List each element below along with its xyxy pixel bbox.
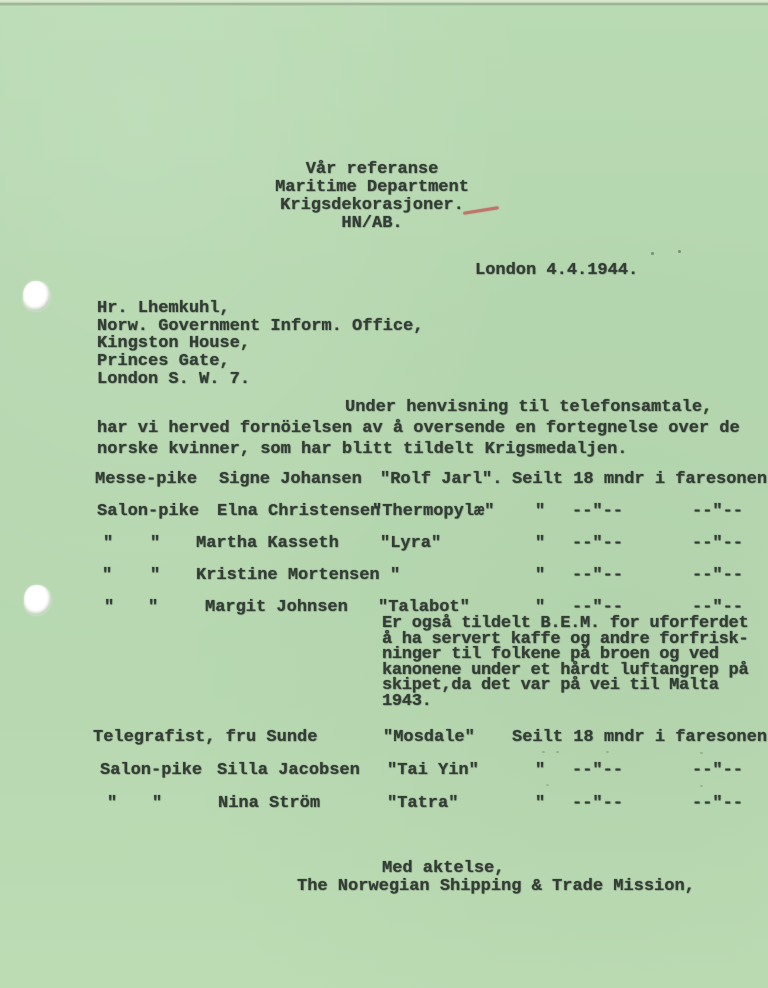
repeat-mark: --"--: [692, 535, 743, 552]
ship-cell: "Tatra": [387, 795, 458, 812]
reference-line: Vår referanse: [210, 161, 534, 179]
ink-speck: [678, 250, 681, 253]
reference-line: Maritime Department: [210, 179, 534, 197]
role-cell: Salon-pike: [97, 503, 199, 520]
name-cell: Martha Kasseth: [196, 535, 339, 552]
hole-punch-top: [23, 281, 50, 311]
ditto-mark: ": [102, 567, 112, 584]
repeat-mark: --"--: [692, 762, 743, 779]
role-cell: Salon-pike: [100, 762, 202, 779]
ditto-mark: ": [535, 762, 545, 779]
bem-note: Er også tildelt B.E.M. for uforferdet å …: [382, 616, 748, 710]
closing-salutation: Med aktelse,: [382, 860, 504, 877]
ditto-mark: ": [103, 535, 113, 552]
document-page: Vår referanse Maritime Department Krigsd…: [0, 0, 768, 988]
address-line: London S. W. 7.: [97, 371, 423, 389]
name-cell: Silla Jacobsen: [217, 762, 360, 779]
name-cell: Nina Ström: [218, 795, 320, 812]
ditto-mark: ": [107, 795, 117, 812]
name-cell: Elna Christensen: [217, 503, 380, 520]
ship-cell: "Tai Yin": [387, 762, 479, 779]
service-cell: Seilt 18 mndr i faresonen.: [512, 471, 768, 488]
role-cell: Telegrafist, fru Sunde: [93, 729, 317, 746]
intro-line: norske kvinner, som har blitt tildelt Kr…: [97, 441, 628, 458]
reference-line: Krigsdekorasjoner.: [210, 197, 534, 215]
name-cell: Kristine Mortensen: [196, 567, 380, 584]
intro-line: har vi herved fornöielsen av å oversende…: [97, 420, 740, 437]
repeat-mark: --"--: [572, 567, 623, 584]
table-row: " " Martha Kasseth "Lyra" " --"-- --"--: [0, 535, 768, 557]
table-row: " " Nina Ström "Tatra" " --"-- --"--: [0, 795, 768, 817]
table-row: " " Kristine Mortensen " " --"-- --"--: [0, 567, 768, 589]
ink-speck: [556, 751, 559, 753]
ditto-mark: ": [535, 535, 545, 552]
name-cell: Signe Johansen: [219, 471, 362, 488]
ink-speck: [542, 751, 545, 753]
ditto-mark: ": [104, 599, 114, 616]
scan-top-edge: [0, 0, 768, 6]
reference-line: HN/AB.: [210, 215, 534, 233]
name-cell: Margit Johnsen: [205, 599, 348, 616]
address-line: Hr. Lhemkuhl,: [97, 300, 423, 318]
ditto-mark: ": [150, 567, 160, 584]
intro-line: Under henvisning til telefonsamtale,: [345, 399, 712, 416]
service-cell: Seilt 18 mndr i faresonen.: [512, 729, 768, 746]
repeat-mark: --"--: [572, 503, 623, 520]
ditto-mark: ": [535, 795, 545, 812]
ship-cell: "Mosdale": [383, 729, 475, 746]
ink-speck: [700, 785, 703, 787]
repeat-mark: --"--: [692, 503, 743, 520]
ditto-mark: ": [535, 503, 545, 520]
date-line: London 4.4.1944.: [475, 262, 638, 279]
recipient-address: Hr. Lhemkuhl, Norw. Government Inform. O…: [97, 300, 423, 389]
address-line: Princes Gate,: [97, 353, 423, 371]
ditto-mark: ": [152, 795, 162, 812]
repeat-mark: --"--: [692, 795, 743, 812]
table-row: Telegrafist, fru Sunde "Mosdale" Seilt 1…: [0, 729, 768, 751]
bem-note-line: 1943.: [382, 694, 748, 710]
repeat-mark: --"--: [692, 567, 743, 584]
repeat-mark: --"--: [572, 795, 623, 812]
repeat-mark: --"--: [572, 535, 623, 552]
ink-speck: [546, 784, 549, 786]
address-line: Kingston House,: [97, 335, 423, 353]
closing-signature: The Norwegian Shipping & Trade Mission,: [297, 878, 695, 895]
ditto-mark: ": [535, 567, 545, 584]
reference-header: Vår referanse Maritime Department Krigsd…: [210, 161, 534, 233]
role-cell: Messe-pike: [95, 471, 197, 488]
ditto-mark: ": [148, 599, 158, 616]
ink-speck: [606, 751, 609, 753]
ditto-mark: ": [150, 535, 160, 552]
bem-note-line: skipet,da det var på vei til Malta: [382, 678, 748, 694]
table-row: Salon-pike Elna Christensen "Thermopylæ"…: [0, 503, 768, 525]
ink-speck: [651, 252, 654, 255]
ink-speck: [700, 752, 703, 754]
address-line: Norw. Government Inform. Office,: [97, 318, 423, 336]
ship-cell: ": [390, 567, 400, 584]
ship-cell: "Lyra": [380, 535, 441, 552]
table-row: Messe-pike Signe Johansen "Rolf Jarl". S…: [0, 471, 768, 493]
repeat-mark: --"--: [572, 762, 623, 779]
table-row: Salon-pike Silla Jacobsen "Tai Yin" " --…: [0, 762, 768, 784]
ship-cell: "Thermopylæ": [372, 503, 494, 520]
ship-cell: "Rolf Jarl".: [380, 471, 502, 488]
